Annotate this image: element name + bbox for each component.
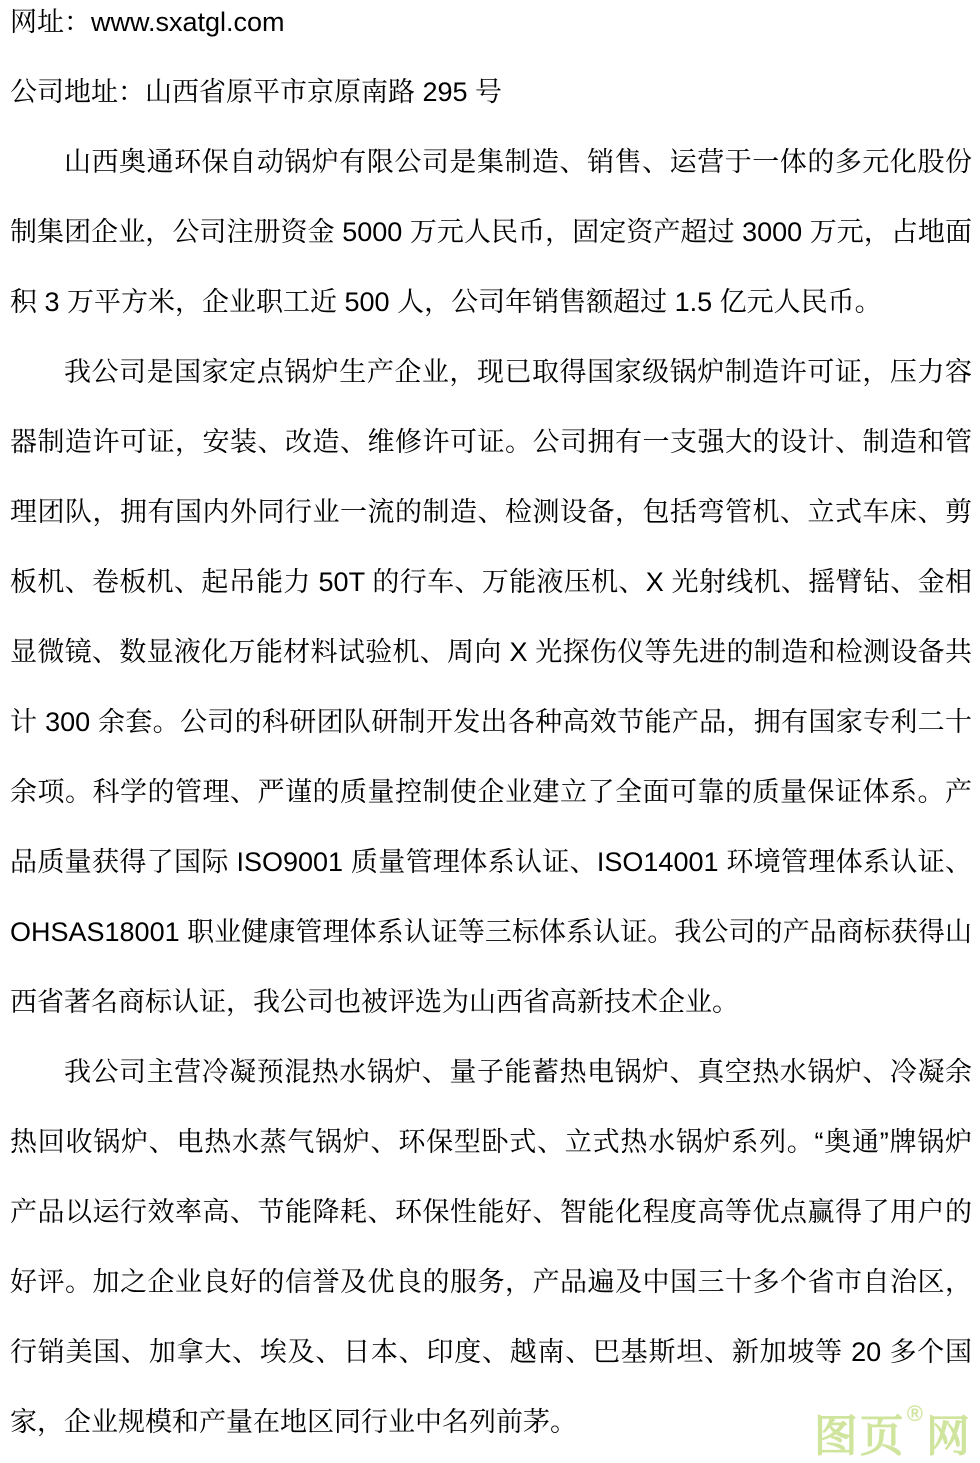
address-line: 公司地址：山西省原平市京原南路 295 号 (10, 57, 972, 127)
document-page: 网址：www.sxatgl.com 公司地址：山西省原平市京原南路 295 号 … (0, 0, 980, 1457)
website-line: 网址：www.sxatgl.com (10, 0, 972, 57)
registered-trademark-icon: ® (907, 1403, 925, 1425)
paragraph-qualifications-and-equipment: 我公司是国家定点锅炉生产企业，现已取得国家级锅炉制造许可证，压力容器制造许可证，… (10, 337, 972, 1037)
paragraph-company-overview: 山西奥通环保自动锅炉有限公司是集制造、销售、运营于一体的多元化股份制集团企业，公… (10, 127, 972, 337)
watermark-text-right: 网 (926, 1415, 972, 1459)
watermark-text-left: 图页 (814, 1415, 906, 1459)
tuyewang-watermark-logo: 图页®网 (814, 1415, 972, 1459)
paragraph-products-and-market: 我公司主营冷凝预混热水锅炉、量子能蓄热电锅炉、真空热水锅炉、冷凝余热回收锅炉、电… (10, 1037, 972, 1457)
